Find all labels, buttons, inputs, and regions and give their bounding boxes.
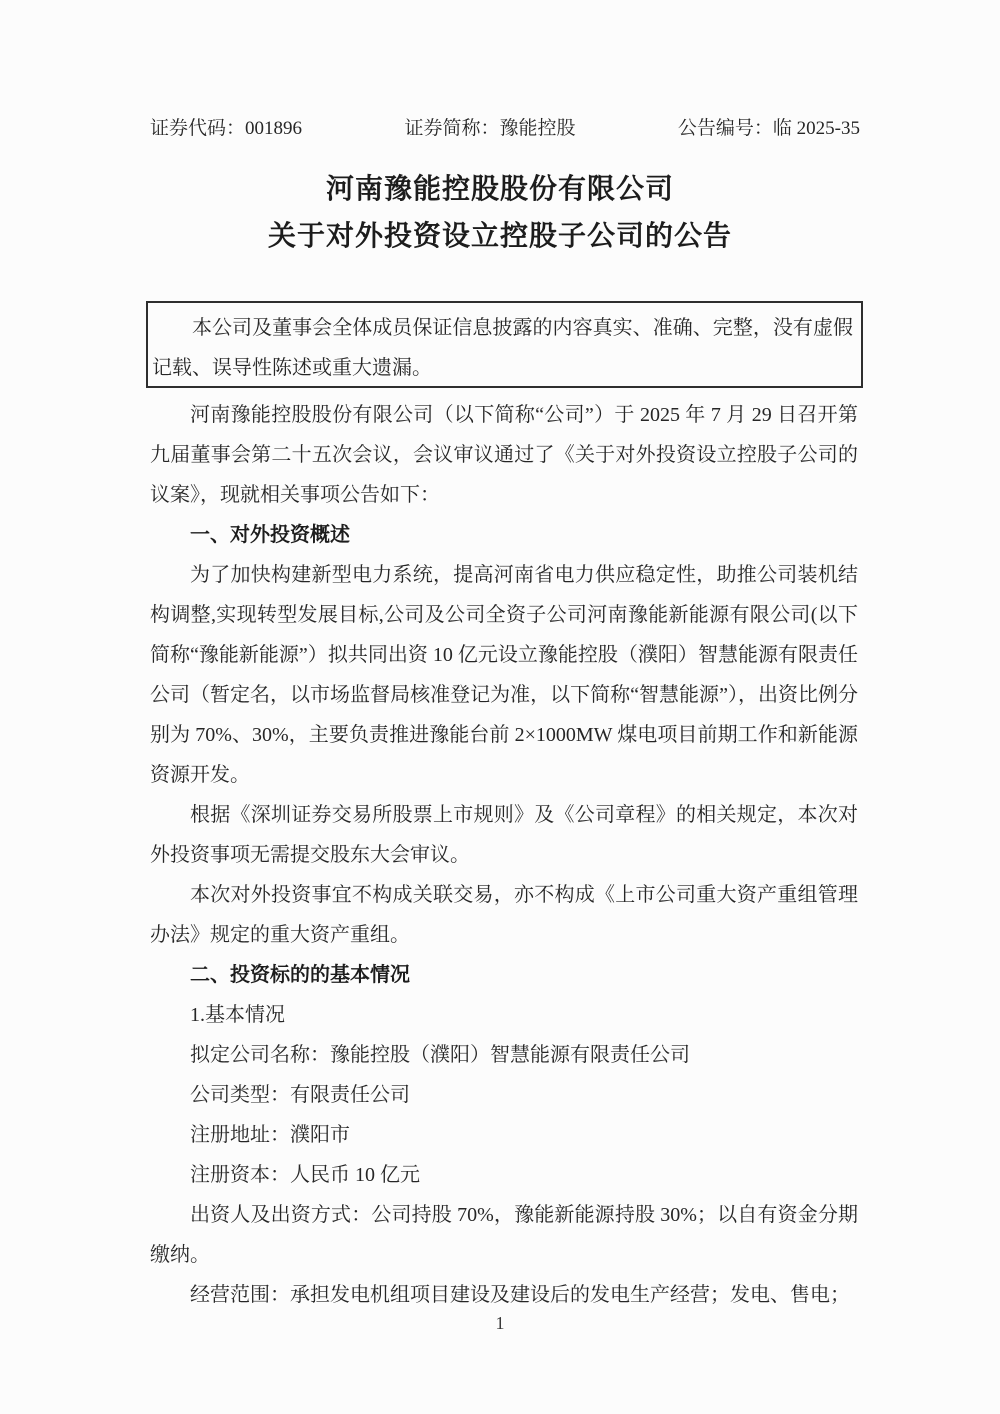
disclaimer-text: 本公司及董事会全体成员保证信息披露的内容真实、准确、完整，没有虚假记载、误导性陈…: [152, 308, 853, 388]
section2-line-company-type: 公司类型：有限责任公司: [150, 1075, 858, 1115]
announcement-page: 证券代码：001896 证券简称：豫能控股 公告编号：临 2025-35 河南豫…: [0, 0, 1000, 1414]
section2-line-registered-address: 注册地址：濮阳市: [150, 1115, 858, 1155]
section2-line-registered-capital: 注册资本：人民币 10 亿元: [150, 1155, 858, 1195]
document-body: 河南豫能控股股份有限公司（以下简称“公司”）于 2025 年 7 月 29 日召…: [150, 395, 858, 1315]
intro-paragraph: 河南豫能控股股份有限公司（以下简称“公司”）于 2025 年 7 月 29 日召…: [150, 395, 858, 515]
section2-line-company-name: 拟定公司名称：豫能控股（濮阳）智慧能源有限责任公司: [150, 1035, 858, 1075]
document-title: 河南豫能控股股份有限公司 关于对外投资设立控股子公司的公告: [0, 165, 1000, 259]
section2-line-investors: 出资人及出资方式：公司持股 70%，豫能新能源持股 30%；以自有资金分期缴纳。: [150, 1195, 858, 1275]
announcement-subject-title: 关于对外投资设立控股子公司的公告: [0, 212, 1000, 259]
section2-line-basic-info: 1.基本情况: [150, 995, 858, 1035]
section2-line-business-scope: 经营范围：承担发电机组项目建设及建设后的发电生产经营；发电、售电；: [150, 1275, 858, 1315]
section1-heading: 一、对外投资概述: [150, 515, 858, 555]
section1-paragraph-1: 为了加快构建新型电力系统，提高河南省电力供应稳定性，助推公司装机结构调整,实现转…: [150, 555, 858, 795]
disclaimer-box: 本公司及董事会全体成员保证信息披露的内容真实、准确、完整，没有虚假记载、误导性陈…: [146, 301, 863, 388]
document-header: 证券代码：001896 证券简称：豫能控股 公告编号：临 2025-35: [150, 116, 860, 142]
stock-code: 证券代码：001896: [150, 116, 302, 142]
section1-paragraph-3: 本次对外投资事宜不构成关联交易，亦不构成《上市公司重大资产重组管理办法》规定的重…: [150, 875, 858, 955]
company-name-title: 河南豫能控股股份有限公司: [0, 165, 1000, 212]
stock-abbreviation: 证券简称：豫能控股: [404, 116, 575, 142]
announcement-number: 公告编号：临 2025-35: [678, 116, 860, 142]
section2-heading: 二、投资标的的基本情况: [150, 955, 858, 995]
section1-paragraph-2: 根据《深圳证券交易所股票上市规则》及《公司章程》的相关规定，本次对外投资事项无需…: [150, 795, 858, 875]
page-number: 1: [0, 1313, 1000, 1334]
